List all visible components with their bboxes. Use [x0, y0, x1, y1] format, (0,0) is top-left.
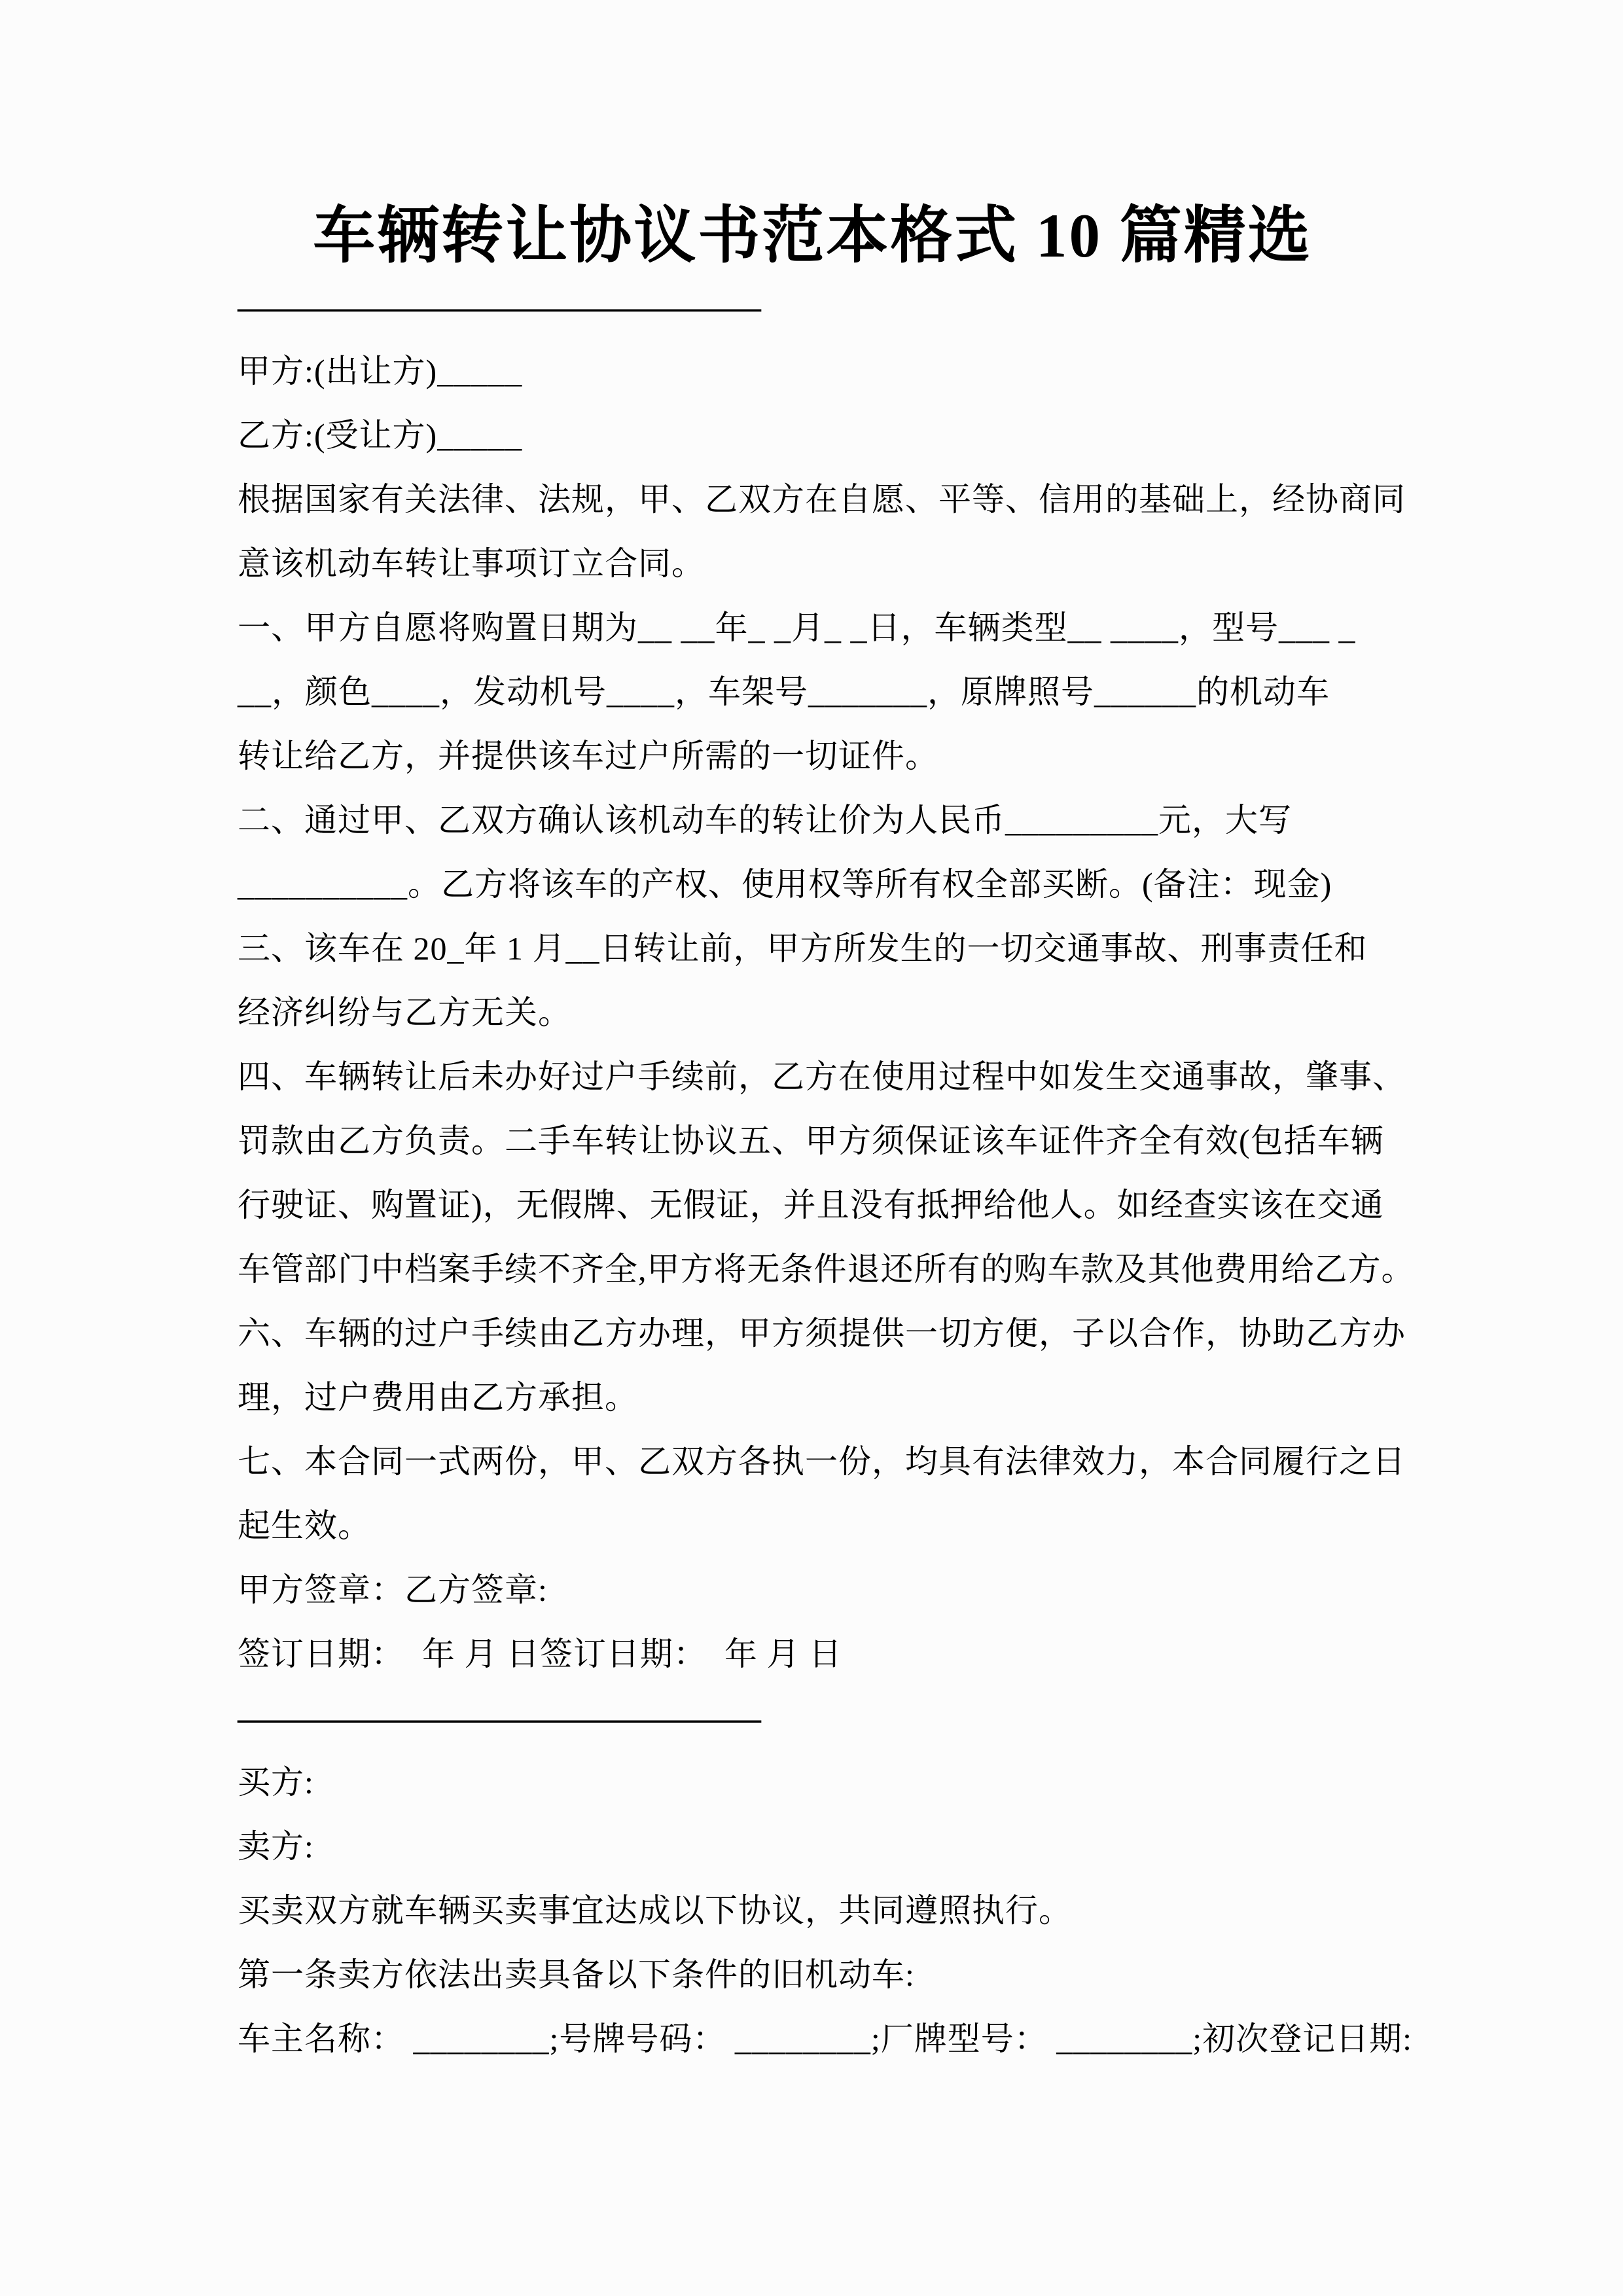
- party-a-line: 甲方:(出让方)_____: [238, 339, 1387, 403]
- clause-2-line-1: 二、通过甲、乙双方确认该机动车的转让价为人民币_________元，大写: [238, 788, 1387, 852]
- clause-4-line-1: 四、车辆转让后未办好过户手续前，乙方在使用过程中如发生交通事故，肇事、: [238, 1045, 1387, 1109]
- clause-6-line-2: 理，过户费用由乙方承担。: [238, 1365, 1387, 1429]
- document-page: 车辆转让协议书范本格式 10 篇精选 ———————————————— 甲方:(…: [0, 0, 1623, 2296]
- buyer-line: 买方:: [238, 1750, 1387, 1814]
- signing-date-line: 签订日期： 年 月 日签订日期： 年 月 日: [238, 1622, 1387, 1686]
- page-title: 车辆转让协议书范本格式 10 篇精选: [238, 196, 1387, 275]
- clause-1-line-1: 一、甲方自愿将购置日期为__ __年_ _月_ _日，车辆类型__ ____，型…: [238, 596, 1387, 660]
- clause-5-line-2: 车管部门中档案手续不齐全,甲方将无条件退还所有的购车款及其他费用给乙方。: [238, 1237, 1387, 1301]
- signature-line: 甲方签章：乙方签章:: [238, 1558, 1387, 1622]
- clause-6-line-1: 六、车辆的过户手续由乙方办理，甲方须提供一切方便，子以合作，协助乙方办: [238, 1301, 1387, 1365]
- clause-7-line-1: 七、本合同一式两份，甲、乙双方各执一份，均具有法律效力，本合同履行之日: [238, 1429, 1387, 1494]
- preamble-line-2: 意该机动车转让事项订立合同。: [238, 531, 1387, 596]
- clause-3-line-1: 三、该车在 20_年 1 月__日转让前，甲方所发生的一切交通事故、刑事责任和: [238, 916, 1387, 980]
- clause-5-line-1: 行驶证、购置证)，无假牌、无假证，并且没有抵押给他人。如经查实该在交通: [238, 1173, 1387, 1237]
- article-1-line: 第一条卖方依法出卖具备以下条件的旧机动车:: [238, 1943, 1387, 2007]
- seller-line: 卖方:: [238, 1814, 1387, 1878]
- clause-3-line-2: 经济纠纷与乙方无关。: [238, 980, 1387, 1045]
- clause-1-line-3: 转让给乙方，并提供该车过户所需的一切证件。: [238, 724, 1387, 788]
- clause-1-line-2: __，颜色____，发动机号____，车架号_______，原牌照号______…: [238, 660, 1387, 724]
- preamble-line-1: 根据国家有关法律、法规，甲、乙双方在自愿、平等、信用的基础上，经协商同: [238, 467, 1387, 531]
- clause-4-line-2: 罚款由乙方负责。二手车转让协议五、甲方须保证该车证件齐全有效(包括车辆: [238, 1109, 1387, 1173]
- agreement-intro-line: 买卖双方就车辆买卖事宜达成以下协议，共同遵照执行。: [238, 1878, 1387, 1943]
- section-divider: ————————————————: [238, 275, 1387, 339]
- clause-7-line-2: 起生效。: [238, 1494, 1387, 1558]
- party-b-line: 乙方:(受让方)_____: [238, 403, 1387, 467]
- vehicle-info-line: 车主名称： ________;号牌号码： ________;厂牌型号： ____…: [238, 2007, 1387, 2071]
- document-content: 车辆转让协议书范本格式 10 篇精选 ———————————————— 甲方:(…: [238, 196, 1387, 2071]
- section-divider: ————————————————: [238, 1686, 1387, 1750]
- clause-2-line-2: __________。乙方将该车的产权、使用权等所有权全部买断。(备注：现金): [238, 852, 1387, 916]
